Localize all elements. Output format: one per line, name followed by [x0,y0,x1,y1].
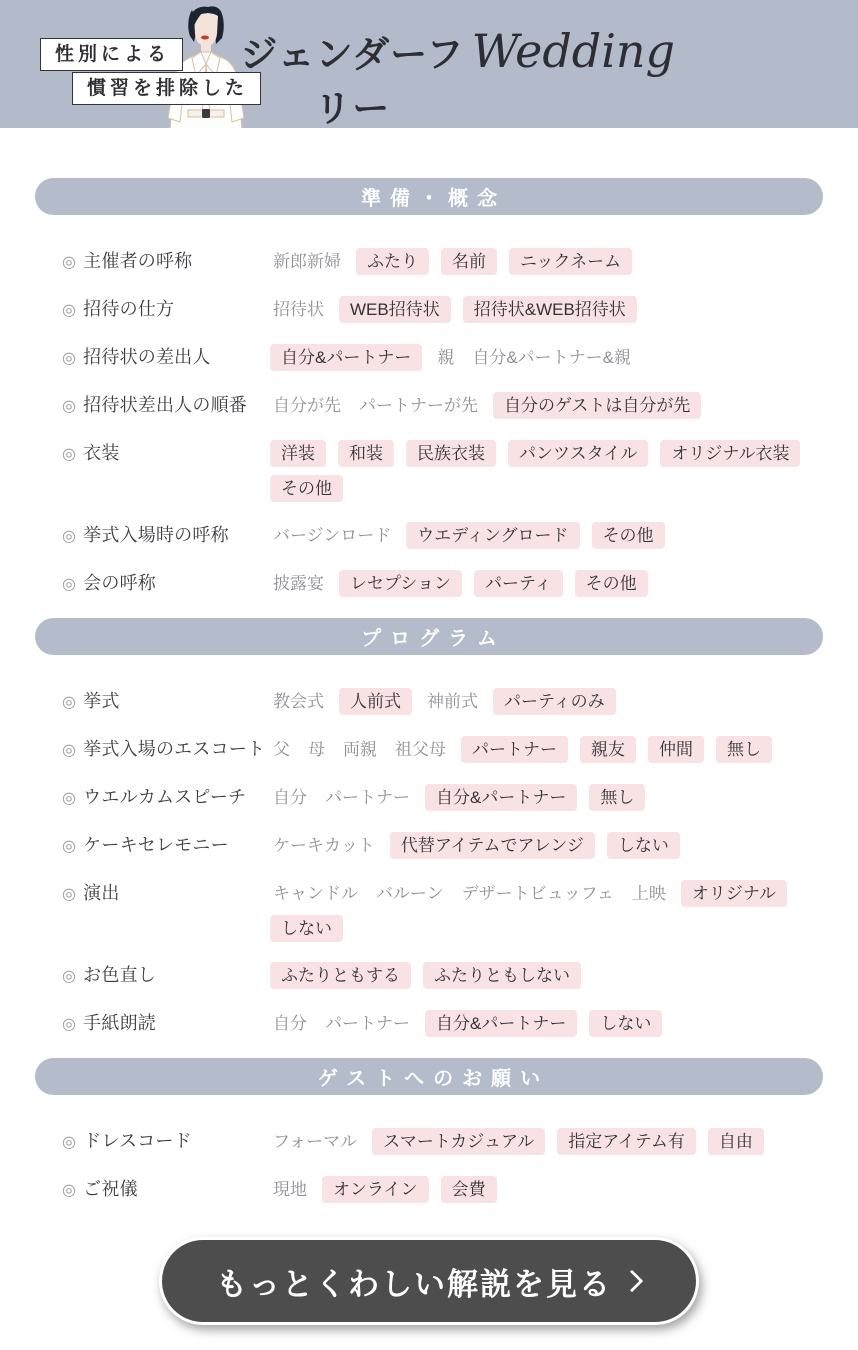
option-tag-highlighted: 自分&パートナー [270,344,422,371]
option-tag-highlighted: 名前 [441,248,497,275]
option-text-plain: 父 [270,736,293,763]
option-text-plain: 母 [305,736,328,763]
row-label: ◎招待の仕方 [62,296,270,324]
option-tag-highlighted: 自分&パートナー [425,1010,577,1037]
option-text-plain: 披露宴 [270,570,327,597]
table-row: ◎ウエルカムスピーチ自分パートナー自分&パートナー無し [62,784,830,812]
bullseye-icon: ◎ [62,886,76,903]
option-tag-highlighted: 民族衣装 [406,440,496,467]
chevron-right-icon [621,1270,644,1293]
option-text-plain: フォーマル [270,1128,360,1155]
section-rows: ◎ドレスコードフォーマルスマートカジュアル指定アイテム有自由◎ご祝儀現地オンライ… [0,1095,858,1204]
option-tag-highlighted: 親友 [580,736,636,763]
section: プログラム◎挙式教会式人前式神前式パーティのみ◎挙式入場のエスコート父母両親祖父… [0,618,858,1038]
table-row: ◎手紙朗読自分パートナー自分&パートナーしない [62,1010,830,1038]
row-label: ◎手紙朗読 [62,1010,270,1038]
cta-button-label: もっとくわしい解説を見る [216,1259,612,1304]
option-tag-highlighted: ふたりともしない [423,962,581,989]
option-list: ふたりともするふたりともしない [270,962,581,989]
section: ゲストへのお願い◎ドレスコードフォーマルスマートカジュアル指定アイテム有自由◎ご… [0,1058,858,1204]
option-text-plain: キャンドル [270,880,361,907]
option-text-plain: 上映 [629,880,669,907]
option-text-plain: 親 [434,344,457,371]
page-header: 性別による 慣習を排除した [0,0,858,128]
option-text-plain: デザートビュッフェ [459,880,617,907]
option-tag-highlighted: レセプション [339,570,462,597]
bullseye-icon: ◎ [62,968,76,985]
row-label-text: 挙式入場のエスコート [83,739,265,759]
section-header-pill: プログラム [35,618,823,655]
option-list: 現地オンライン会費 [270,1176,497,1203]
badge-text-line2: 慣習を排除した [72,72,261,105]
option-tag-highlighted: 招待状&WEB招待状 [463,296,637,323]
option-text-plain: バージンロード [270,522,394,549]
see-more-details-button[interactable]: もっとくわしい解説を見る [159,1237,699,1325]
table-row: ◎会の呼称披露宴レセプションパーティその他 [62,570,830,598]
option-tag-highlighted: 無し [716,736,772,763]
option-text-plain: 祖父母 [392,736,449,763]
option-list: 自分パートナー自分&パートナー無し [270,784,645,811]
option-tag-highlighted: ウエディングロード [406,522,579,549]
table-row: ◎招待の仕方招待状WEB招待状招待状&WEB招待状 [62,296,830,324]
option-tag-highlighted: しない [589,1010,662,1037]
row-label-text: 挙式 [83,691,119,711]
table-row: ◎お色直しふたりともするふたりともしない [62,962,830,990]
option-tag-highlighted: パンツスタイル [508,440,648,467]
option-tag-highlighted: 自由 [708,1128,764,1155]
option-tag-highlighted: オリジナル [681,880,787,907]
option-text-plain: パートナー [322,1010,413,1037]
row-label: ◎お色直し [62,962,270,990]
option-tag-highlighted: 自分のゲストは自分が先 [493,392,701,419]
option-text-plain: 新郎新婦 [270,248,344,275]
row-label-text: ケーキセレモニー [83,835,229,855]
row-label: ◎招待状差出人の順番 [62,392,270,420]
option-tag-highlighted: オンライン [322,1176,429,1203]
row-label-text: 招待の仕方 [83,299,174,319]
bullseye-icon: ◎ [62,576,76,593]
option-tag-highlighted: その他 [592,522,665,549]
table-row: ◎挙式教会式人前式神前式パーティのみ [62,688,830,716]
row-label: ◎ケーキセレモニー [62,832,270,860]
option-text-plain: 自分 [270,784,310,811]
option-list: 自分が先パートナーが先自分のゲストは自分が先 [270,392,701,419]
row-label-text: ドレスコード [83,1131,192,1151]
page-title-japanese: ジェンダーフリー [235,24,470,128]
option-text-plain: 神前式 [424,688,481,715]
option-text-plain: 自分 [270,1010,310,1037]
table-row: ◎主催者の呼称新郎新婦ふたり名前ニックネーム [62,248,830,276]
row-label: ◎挙式 [62,688,270,716]
table-row: ◎演出キャンドルバルーンデザートビュッフェ上映オリジナルしない [62,880,830,942]
option-tag-highlighted: パーティのみ [493,688,616,715]
table-row: ◎挙式入場時の呼称バージンロードウエディングロードその他 [62,522,830,550]
option-tag-highlighted: WEB招待状 [339,296,451,323]
bullseye-icon: ◎ [62,694,76,711]
table-row: ◎招待状の差出人自分&パートナー親自分&パートナー&親 [62,344,830,372]
option-list: 自分パートナー自分&パートナーしない [270,1010,662,1037]
bullseye-icon: ◎ [62,790,76,807]
table-row: ◎ケーキセレモニーケーキカット代替アイテムでアレンジしない [62,832,830,860]
bullseye-icon: ◎ [62,350,76,367]
row-label-text: 会の呼称 [83,573,156,593]
option-list: 教会式人前式神前式パーティのみ [270,688,616,715]
header-title-block: ジェンダーフリー Wedding におすすめのスタイル例 [235,24,675,128]
row-label-text: 手紙朗読 [83,1013,156,1033]
row-label: ◎挙式入場時の呼称 [62,522,270,550]
bullseye-icon: ◎ [62,528,76,545]
section-rows: ◎挙式教会式人前式神前式パーティのみ◎挙式入場のエスコート父母両親祖父母パートナ… [0,655,858,1038]
option-list: フォーマルスマートカジュアル指定アイテム有自由 [270,1128,764,1155]
row-label-text: 招待状の差出人 [83,347,210,367]
row-label: ◎主催者の呼称 [62,248,270,276]
option-list: 父母両親祖父母パートナー親友仲間無し [270,736,772,763]
section-title: プログラム [352,622,506,651]
option-list: ケーキカット代替アイテムでアレンジしない [270,832,680,859]
row-label: ◎招待状の差出人 [62,344,270,372]
option-tag-highlighted: スマートカジュアル [372,1128,545,1155]
row-label: ◎ウエルカムスピーチ [62,784,270,812]
option-text-plain: 現地 [270,1176,310,1203]
option-text-plain: 自分&パートナー&親 [469,344,634,371]
option-tag-highlighted: その他 [270,475,343,502]
option-text-plain: バルーン [373,880,447,907]
section-rows: ◎主催者の呼称新郎新婦ふたり名前ニックネーム◎招待の仕方招待状WEB招待状招待状… [0,215,858,598]
row-label-text: 挙式入場時の呼称 [83,525,229,545]
section-title: ゲストへのお願い [309,1062,549,1091]
row-label-text: 招待状差出人の順番 [83,395,247,415]
option-tag-highlighted: 自分&パートナー [425,784,577,811]
row-label: ◎衣装 [62,440,270,468]
option-list: 新郎新婦ふたり名前ニックネーム [270,248,632,275]
bullseye-icon: ◎ [62,1134,76,1151]
row-label-text: 演出 [83,883,119,903]
option-tag-highlighted: ふたり [356,248,429,275]
table-row: ◎ご祝儀現地オンライン会費 [62,1176,830,1204]
option-list: 披露宴レセプションパーティその他 [270,570,648,597]
table-row: ◎招待状差出人の順番自分が先パートナーが先自分のゲストは自分が先 [62,392,830,420]
option-tag-highlighted: パートナー [461,736,568,763]
badge-text-line1: 性別による [40,38,183,71]
bullseye-icon: ◎ [62,742,76,759]
bullseye-icon: ◎ [62,838,76,855]
row-label-text: 主催者の呼称 [83,251,192,271]
bullseye-icon: ◎ [62,1016,76,1033]
option-tag-highlighted: 和装 [338,440,394,467]
style-sections: 準備・概念◎主催者の呼称新郎新婦ふたり名前ニックネーム◎招待の仕方招待状WEB招… [0,128,858,1204]
option-text-plain: ケーキカット [270,832,378,859]
option-tag-highlighted: 仲間 [648,736,704,763]
bullseye-icon: ◎ [62,446,76,463]
option-list: 招待状WEB招待状招待状&WEB招待状 [270,296,637,323]
row-label: ◎ご祝儀 [62,1176,270,1204]
option-text-plain: 自分が先 [270,392,344,419]
option-text-plain: 招待状 [270,296,327,323]
option-list: 洋装和装民族衣装パンツスタイルオリジナル衣装その他 [270,440,830,502]
option-tag-highlighted: 代替アイテムでアレンジ [390,832,595,859]
section-header-pill: 準備・概念 [35,178,823,215]
row-label-text: 衣装 [83,443,119,463]
option-tag-highlighted: 洋装 [270,440,326,467]
option-text-plain: 両親 [340,736,380,763]
option-list: キャンドルバルーンデザートビュッフェ上映オリジナルしない [270,880,830,942]
option-tag-highlighted: しない [270,915,343,942]
page-title-english: Wedding [472,24,675,78]
option-tag-highlighted: パーティ [474,570,563,597]
row-label: ◎ドレスコード [62,1128,270,1156]
section-header-pill: ゲストへのお願い [35,1058,823,1095]
option-text-plain: パートナーが先 [356,392,481,419]
footer: もっとくわしい解説を見る [0,1237,858,1325]
table-row: ◎衣装洋装和装民族衣装パンツスタイルオリジナル衣装その他 [62,440,830,502]
option-tag-highlighted: 指定アイテム有 [557,1128,696,1155]
row-label: ◎会の呼称 [62,570,270,598]
section: 準備・概念◎主催者の呼称新郎新婦ふたり名前ニックネーム◎招待の仕方招待状WEB招… [0,178,858,598]
option-tag-highlighted: 無し [589,784,645,811]
bullseye-icon: ◎ [62,254,76,271]
section-title: 準備・概念 [352,182,506,211]
option-tag-highlighted: ふたりともする [270,962,411,989]
bullseye-icon: ◎ [62,302,76,319]
row-label: ◎演出 [62,880,270,908]
bullseye-icon: ◎ [62,398,76,415]
option-tag-highlighted: その他 [575,570,648,597]
table-row: ◎挙式入場のエスコート父母両親祖父母パートナー親友仲間無し [62,736,830,764]
option-tag-highlighted: ニックネーム [509,248,632,275]
row-label-text: ウエルカムスピーチ [83,787,246,807]
option-text-plain: パートナー [322,784,413,811]
option-tag-highlighted: 会費 [441,1176,497,1203]
option-list: 自分&パートナー親自分&パートナー&親 [270,344,634,371]
option-tag-highlighted: 人前式 [339,688,412,715]
option-tag-highlighted: しない [607,832,680,859]
option-text-plain: 教会式 [270,688,327,715]
option-tag-highlighted: オリジナル衣装 [660,440,800,467]
table-row: ◎ドレスコードフォーマルスマートカジュアル指定アイテム有自由 [62,1128,830,1156]
option-list: バージンロードウエディングロードその他 [270,522,665,549]
row-label-text: ご祝儀 [83,1179,138,1199]
row-label: ◎挙式入場のエスコート [62,736,270,764]
bullseye-icon: ◎ [62,1182,76,1199]
row-label-text: お色直し [83,965,156,985]
